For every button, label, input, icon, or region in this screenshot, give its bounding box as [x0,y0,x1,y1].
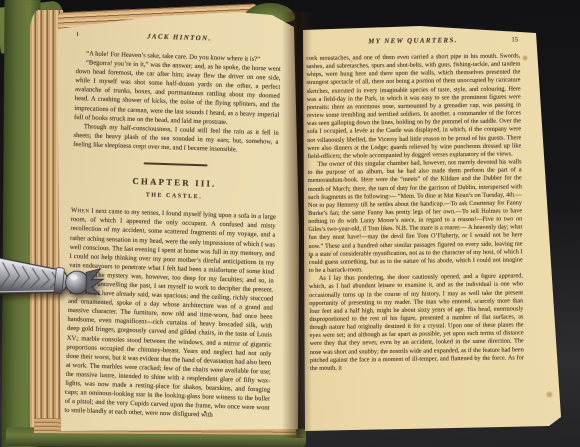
right-page-header: MY NEW QUARTERS. 15 [306,36,520,50]
ink-speck [204,411,206,413]
chapter-subheading: THE CASTLE. [71,189,276,205]
paragraph: cork moustaches, and one of them even ca… [306,52,521,161]
foxing-spot [64,390,67,393]
foxing-spot [95,60,98,63]
right-running-title: MY NEW QUARTERS. [306,36,520,47]
chapter-lead-word: When [71,207,90,215]
foxing-spot [330,250,333,253]
ink-speck [310,256,312,258]
foxing-spot [350,60,353,63]
ornament-claws [84,267,104,295]
right-page-number: 15 [511,36,518,44]
paragraph: The owner of this singular chamber had, … [307,158,522,275]
paragraph: As I lay thus pondering, the door cautio… [309,273,524,373]
left-page-paragraphs: “A hole! For Heaven’s sake, take care. D… [73,49,281,156]
chapter-heading: CHAPTER III. [72,175,277,191]
right-page-paragraphs: cork moustaches, and one of them even ca… [306,52,524,373]
left-page-text-block: 14 JACK HINTON. “A hole! For Heaven’s sa… [64,30,282,439]
section-divider-rule [143,162,207,166]
right-page-text-block: MY NEW QUARTERS. 15 cork moustaches, and… [306,36,525,425]
foxing-spot [546,391,553,398]
paragraph: Through my half-consciousness, I could s… [73,122,279,156]
silver-filigree-ornament [0,248,121,322]
foxing-spot [522,55,528,61]
foxing-spot [150,180,155,185]
paragraph: “Begorra! you’re in it,” was the answer;… [74,58,281,128]
photo-scene: 14 JACK HINTON. “A hole! For Heaven’s sa… [0,0,580,447]
